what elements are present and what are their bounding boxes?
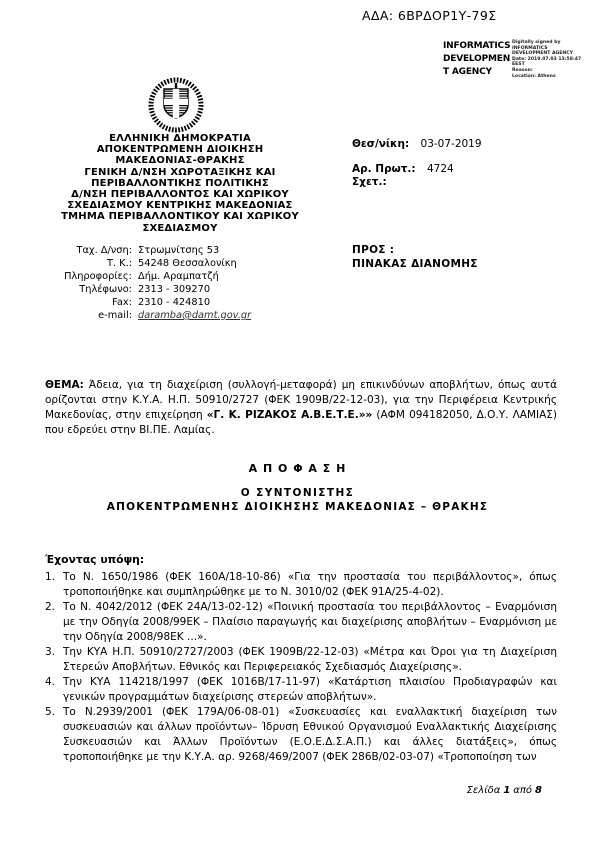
authority-line: ΤΜΗΜΑ ΠΕΡΙΒΑΛΛΟΝΤΙΚΟΥ ΚΑΙ ΧΩΡΙΚΟΥ <box>40 211 320 222</box>
issuing-authority-block: ΕΛΛΗΝΙΚΗ ΔΗΜΟΚΡΑΤΙΑ ΑΠΟΚΕΝΤΡΩΜΕΝΗ ΔΙΟΙΚΗ… <box>40 133 320 234</box>
authority-line: ΠΕΡΙΒΑΛΛΟΝΤΙΚΗΣ ΠΟΛΙΤΙΚΗΣ <box>40 178 320 189</box>
date-row: Θεσ/νίκη: 03-07-2019 <box>352 138 482 151</box>
authority-line: ΑΠΟΚΕΝΤΡΩΜΕΝΗ ΔΙΟΙΚΗΣΗ <box>40 144 320 155</box>
list-item: 5. Το Ν.2939/2001 (ΦΕΚ 179Α/06-08-01) «Σ… <box>45 705 557 765</box>
authority-line: Δ/ΝΣΗ ΠΕΡΙΒΑΛΛΟΝΤΟΣ ΚΑΙ ΧΩΡΙΚΟΥ <box>40 189 320 200</box>
list-item: 3. Την ΚΥΑ Η.Π. 50910/2727/2003 (ΦΕΚ 190… <box>45 645 557 675</box>
digital-signature-stamp: INFORMATICS DEVELOPMEN T AGENCY Digitall… <box>443 40 581 79</box>
subject-company: «Γ. Κ. ΡΙΖΑΚΟΣ Α.Β.Ε.Τ.Ε.»» <box>207 409 373 421</box>
greek-coat-of-arms-icon <box>147 76 205 134</box>
considerations-list: 1. Το Ν. 1650/1986 (ΦΕΚ 160Α/18-10-86) «… <box>45 570 557 765</box>
decision-subtitle-coordinator: Ο ΣΥΝΤΟΝΙΣΤΗΣ <box>0 487 595 499</box>
list-item: 4. Την ΚΥΑ 114218/1997 (ΦΕΚ 1016Β/17-11-… <box>45 675 557 705</box>
subject-label: ΘΕΜΑ: <box>45 379 84 391</box>
contact-row-info: Πληροφορίες: Δήμ. Αραμπατζή <box>40 270 251 283</box>
contact-row-address: Ταχ. Δ/νση: Στρωμνίτσης 53 <box>40 244 251 257</box>
reference-label: Σχετ.: <box>352 176 404 189</box>
reference-row: Σχετ.: <box>352 176 482 189</box>
authority-line: ΕΛΛΗΝΙΚΗ ΔΗΜΟΚΡΑΤΙΑ <box>40 133 320 144</box>
contact-row-fax: Fax: 2310 - 424810 <box>40 296 251 309</box>
list-item: 2. Το Ν. 4042/2012 (ΦΕΚ 24Α/13-02-12) «Π… <box>45 600 557 645</box>
protocol-row: Αρ. Πρωτ.: 4724 <box>352 163 482 176</box>
decision-title: Α Π Ο Φ Α Σ Η <box>0 462 595 475</box>
recipient-label: ΠΡΟΣ : <box>352 244 478 258</box>
contact-block: Ταχ. Δ/νση: Στρωμνίτσης 53 Τ. Κ.: 54248 … <box>40 244 251 322</box>
recipient-block: ΠΡΟΣ : ΠΙΝΑΚΑΣ ΔΙΑΝΟΜΗΣ <box>352 244 478 271</box>
list-item: 1. Το Ν. 1650/1986 (ΦΕΚ 160Α/18-10-86) «… <box>45 570 557 600</box>
protocol-label: Αρ. Πρωτ.: <box>352 163 416 176</box>
signature-details: Digitally signed by INFORMATICS DEVELOPM… <box>512 40 581 79</box>
signature-agency-name: INFORMATICS DEVELOPMEN T AGENCY <box>443 40 509 79</box>
protocol-number: 4724 <box>427 163 454 175</box>
date-value: 03-07-2019 <box>421 138 482 150</box>
city-date-label: Θεσ/νίκη: <box>352 138 409 151</box>
recipient-value: ΠΙΝΑΚΑΣ ΔΙΑΝΟΜΗΣ <box>352 258 478 272</box>
document-page: ΑΔΑ: 6ΒΡΔΟΡ1Υ-79Σ INFORMATICS DEVELOPMEN… <box>0 0 595 842</box>
authority-line: ΓΕΝΙΚΗ Δ/ΝΣΗ ΧΩΡΟΤΑΞΙΚΗΣ ΚΑΙ <box>40 167 320 178</box>
authority-line: ΣΧΕΔΙΑΣΜΟΥ ΚΕΝΤΡΙΚΗΣ ΜΑΚΕΔΟΝΙΑΣ <box>40 200 320 211</box>
authority-line: ΜΑΚΕΔΟΝΙΑΣ-ΘΡΑΚΗΣ <box>40 155 320 166</box>
contact-row-postcode: Τ. Κ.: 54248 Θεσσαλονίκη <box>40 257 251 270</box>
decision-subtitle-administration: ΑΠΟΚΕΝΤΡΩΜΕΝΗΣ ΔΙΟΙΚΗΣΗΣ ΜΑΚΕΔΟΝΙΑΣ – ΘΡ… <box>0 501 595 513</box>
protocol-block: Θεσ/νίκη: 03-07-2019 Αρ. Πρωτ.: 4724 Σχε… <box>352 138 482 189</box>
email-link[interactable]: daramba@damt.gov.gr <box>138 310 251 321</box>
contact-row-phone: Τηλέφωνο: 2313 - 309270 <box>40 283 251 296</box>
page-number: Σελίδα1από8 <box>467 785 545 796</box>
subject-paragraph: ΘΕΜΑ: Άδεια, για τη διαχείριση (συλλογή-… <box>45 378 557 438</box>
ada-code: ΑΔΑ: 6ΒΡΔΟΡ1Υ-79Σ <box>362 8 497 23</box>
contact-row-email: e-mail: daramba@damt.gov.gr <box>40 309 251 322</box>
authority-line: ΣΧΕΔΙΑΣΜΟΥ <box>40 223 320 234</box>
considerations-heading: Έχοντας υπόψη: <box>45 553 144 566</box>
